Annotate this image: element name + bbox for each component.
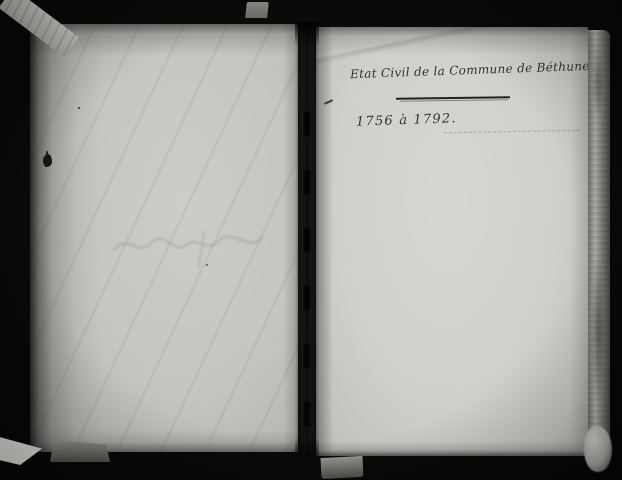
ink-tick-mark bbox=[324, 99, 333, 104]
ink-speck bbox=[78, 107, 80, 109]
spine-tailband-tab bbox=[320, 456, 363, 479]
handwritten-date-range: 1756 à 1792. bbox=[356, 111, 457, 130]
bleed-through-writing bbox=[108, 210, 284, 272]
right-title-page: Etat Civil de la Commune de Béthune. 175… bbox=[316, 27, 588, 456]
edge-ink-bleed bbox=[592, 48, 604, 118]
curled-page-corner bbox=[584, 426, 612, 472]
title-underline bbox=[396, 96, 510, 100]
edge-ink-bleed bbox=[591, 255, 605, 405]
ink-blot bbox=[43, 154, 52, 167]
handwritten-title: Etat Civil de la Commune de Béthune. bbox=[350, 59, 594, 82]
binding-gutter-stitching bbox=[295, 22, 319, 456]
spine-headband-tab bbox=[245, 2, 269, 18]
left-blank-page bbox=[30, 24, 298, 452]
ink-speck bbox=[206, 264, 208, 266]
register-book-scan: Etat Civil de la Commune de Béthune. 175… bbox=[0, 0, 622, 480]
faint-ruled-line bbox=[444, 130, 580, 133]
